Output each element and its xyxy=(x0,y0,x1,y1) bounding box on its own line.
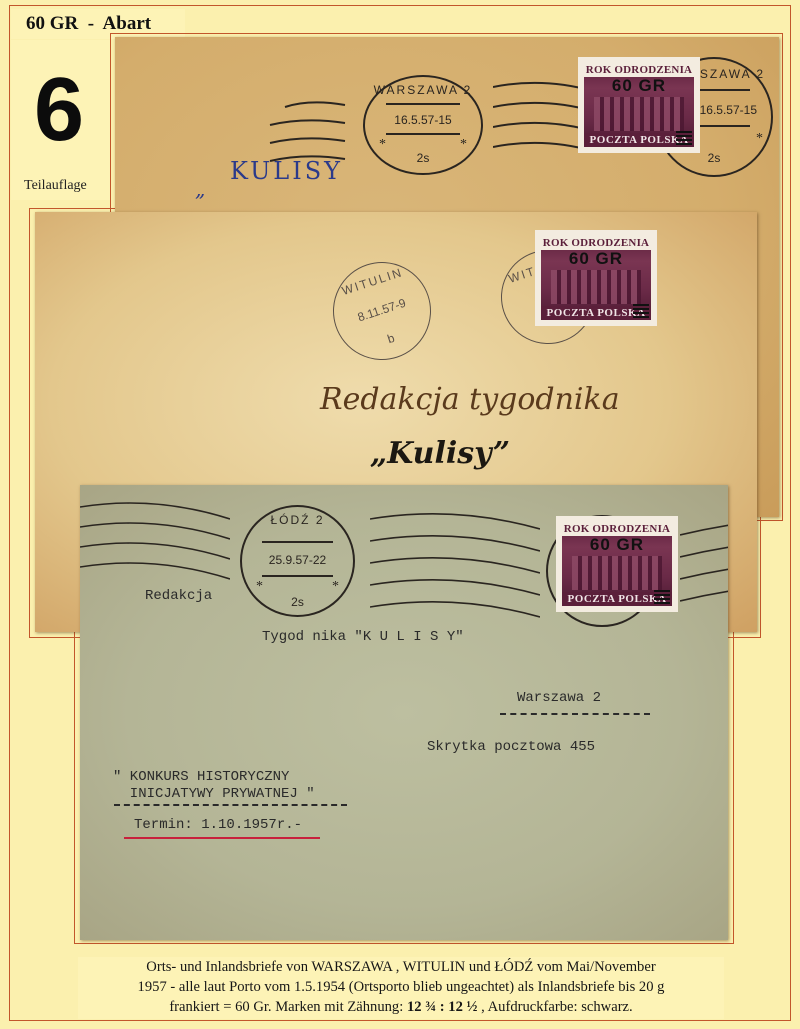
typed-deadline: Termin: 1.10.1957r.- xyxy=(134,817,302,833)
typed-addressee-line-2: Tygod nika "K U L I S Y" xyxy=(262,629,464,645)
perforation-value: 12 ¾ : 12 ½ xyxy=(407,999,478,1015)
typed-underline xyxy=(114,804,347,806)
handwritten-kulisy: „Kulisy” xyxy=(370,436,510,471)
overprint-bars xyxy=(676,131,692,145)
overprint-bars xyxy=(633,304,649,318)
typed-contest-line-2: INICJATYWY PRYWATNEJ " xyxy=(113,786,315,802)
overprint-60-gr: 60 GR xyxy=(584,76,694,96)
overprint-bars xyxy=(654,590,670,604)
typed-pobox: Skrytka pocztowa 455 xyxy=(427,739,595,755)
page-title: 60 GR - Abart xyxy=(26,13,151,35)
overprint-60-gr: 60 GR xyxy=(562,535,672,555)
caption-line-1: Orts- und Inlandsbriefe von WARSZAWA , W… xyxy=(78,957,724,977)
subtitle: Teilauflage xyxy=(24,178,87,194)
caption-line-3: frankiert = 60 Gr. Marken mit Zähnung: 1… xyxy=(78,997,724,1017)
red-underline xyxy=(124,837,320,839)
postmark-lodz: ŁÓDŹ 2 25.9.57-22 * * 2s xyxy=(240,505,355,617)
typed-addressee-line-1: Redakcja xyxy=(145,588,212,604)
stamp-60gr-overprint: ROK ODRODZENIA 60 GR POCZTA POLSKA xyxy=(578,57,700,153)
stamp-60gr-overprint: ROK ODRODZENIA 60 GR POCZTA POLSKA xyxy=(556,516,678,612)
postmark-warszawa: WARSZAWA 2 16.5.57-15 * * 2s xyxy=(363,75,483,175)
machine-cancel-waves xyxy=(370,505,540,625)
typed-city: Warszawa 2 xyxy=(517,690,601,706)
sheet-number: 6 xyxy=(34,65,84,155)
description-caption: Orts- und Inlandsbriefe von WARSZAWA , W… xyxy=(78,957,724,1019)
cover-lodz: ŁÓDŹ 2 25.9.57-22 * * 2s ROK ODRODZENIA … xyxy=(80,485,728,940)
handwritten-redakcja-tygodnika: Redakcja tygodnika xyxy=(320,382,620,417)
typed-underline xyxy=(500,713,650,715)
typed-contest-line-1: " KONKURS HISTORYCZNY xyxy=(113,769,289,785)
overprint-60-gr: 60 GR xyxy=(541,249,651,269)
handwritten-kulisy: KULISY xyxy=(230,157,343,185)
caption-line-2: 1957 - alle laut Porto vom 1.5.1954 (Ort… xyxy=(78,977,724,997)
postmark-witulin: WITULIN 8.11.57-9 b xyxy=(320,249,443,372)
handwritten-quote: „ xyxy=(195,177,205,201)
machine-cancel-waves xyxy=(680,515,728,625)
stamp-60gr-overprint: ROK ODRODZENIA 60 GR POCZTA POLSKA xyxy=(535,230,657,326)
